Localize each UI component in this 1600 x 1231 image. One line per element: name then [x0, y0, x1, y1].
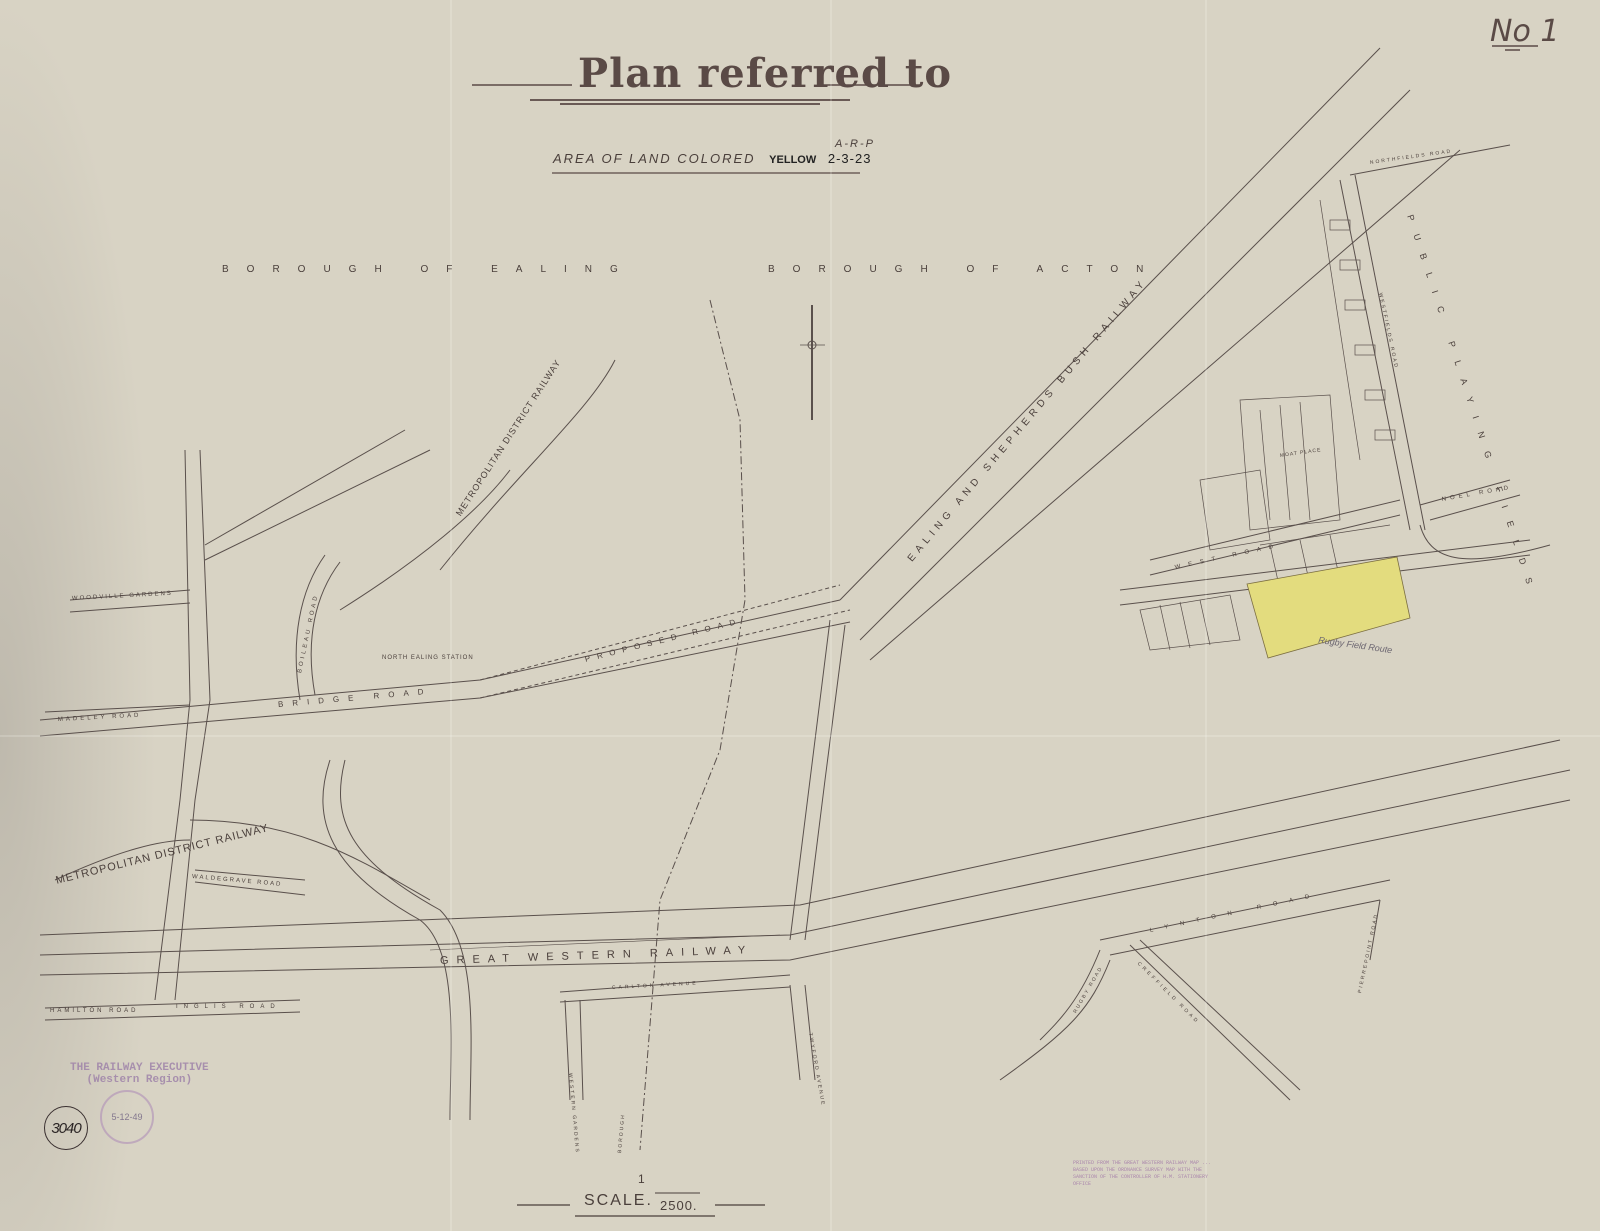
- reference-number: 3040: [44, 1106, 88, 1150]
- scale-numerator: 1: [638, 1172, 645, 1186]
- ordnance-survey-stamp: PRINTED FROM THE GREAT WESTERN RAILWAY M…: [1073, 1160, 1223, 1188]
- area-caption: AREA OF LAND COLORED: [553, 151, 756, 166]
- fold-line: [450, 0, 452, 1231]
- area-units: A-R-P: [835, 138, 875, 150]
- fold-line: [830, 0, 832, 1231]
- sheet-number: No 1: [1490, 14, 1559, 49]
- historic-railway-plan: No 1 Plan referred to A-R-P AREA OF LAND…: [0, 0, 1600, 1231]
- fold-line: [1205, 0, 1207, 1231]
- plan-title: Plan referred to: [578, 50, 952, 97]
- label-borough-acton: BOROUGH OF ACTON: [768, 264, 1161, 275]
- scale-denominator: 2500.: [660, 1198, 698, 1213]
- area-color-word: YELLOW: [769, 154, 816, 166]
- label-north-ealing-station: NORTH EALING STATION: [382, 655, 474, 661]
- label-hamilton-road: HAMILTON ROAD: [50, 1008, 138, 1014]
- date-stamp: 5-12-49: [100, 1090, 154, 1144]
- fold-line: [0, 735, 1600, 737]
- scale-label: SCALE.: [584, 1192, 653, 1210]
- railway-executive-stamp: THE RAILWAY EXECUTIVE (Western Region): [70, 1062, 209, 1086]
- stamp-region: (Western Region): [70, 1074, 209, 1086]
- label-borough-ealing: BOROUGH OF EALING: [222, 264, 636, 275]
- map-linework: [0, 0, 1600, 1231]
- label-inglis-road: INGLIS ROAD: [176, 1004, 281, 1010]
- stamp-executive: THE RAILWAY EXECUTIVE: [70, 1062, 209, 1074]
- area-caption-row: AREA OF LAND COLORED YELLOW 2-3-23: [553, 151, 871, 166]
- area-value: 2-3-23: [828, 151, 872, 166]
- stamp-date: 5-12-49: [111, 1112, 142, 1122]
